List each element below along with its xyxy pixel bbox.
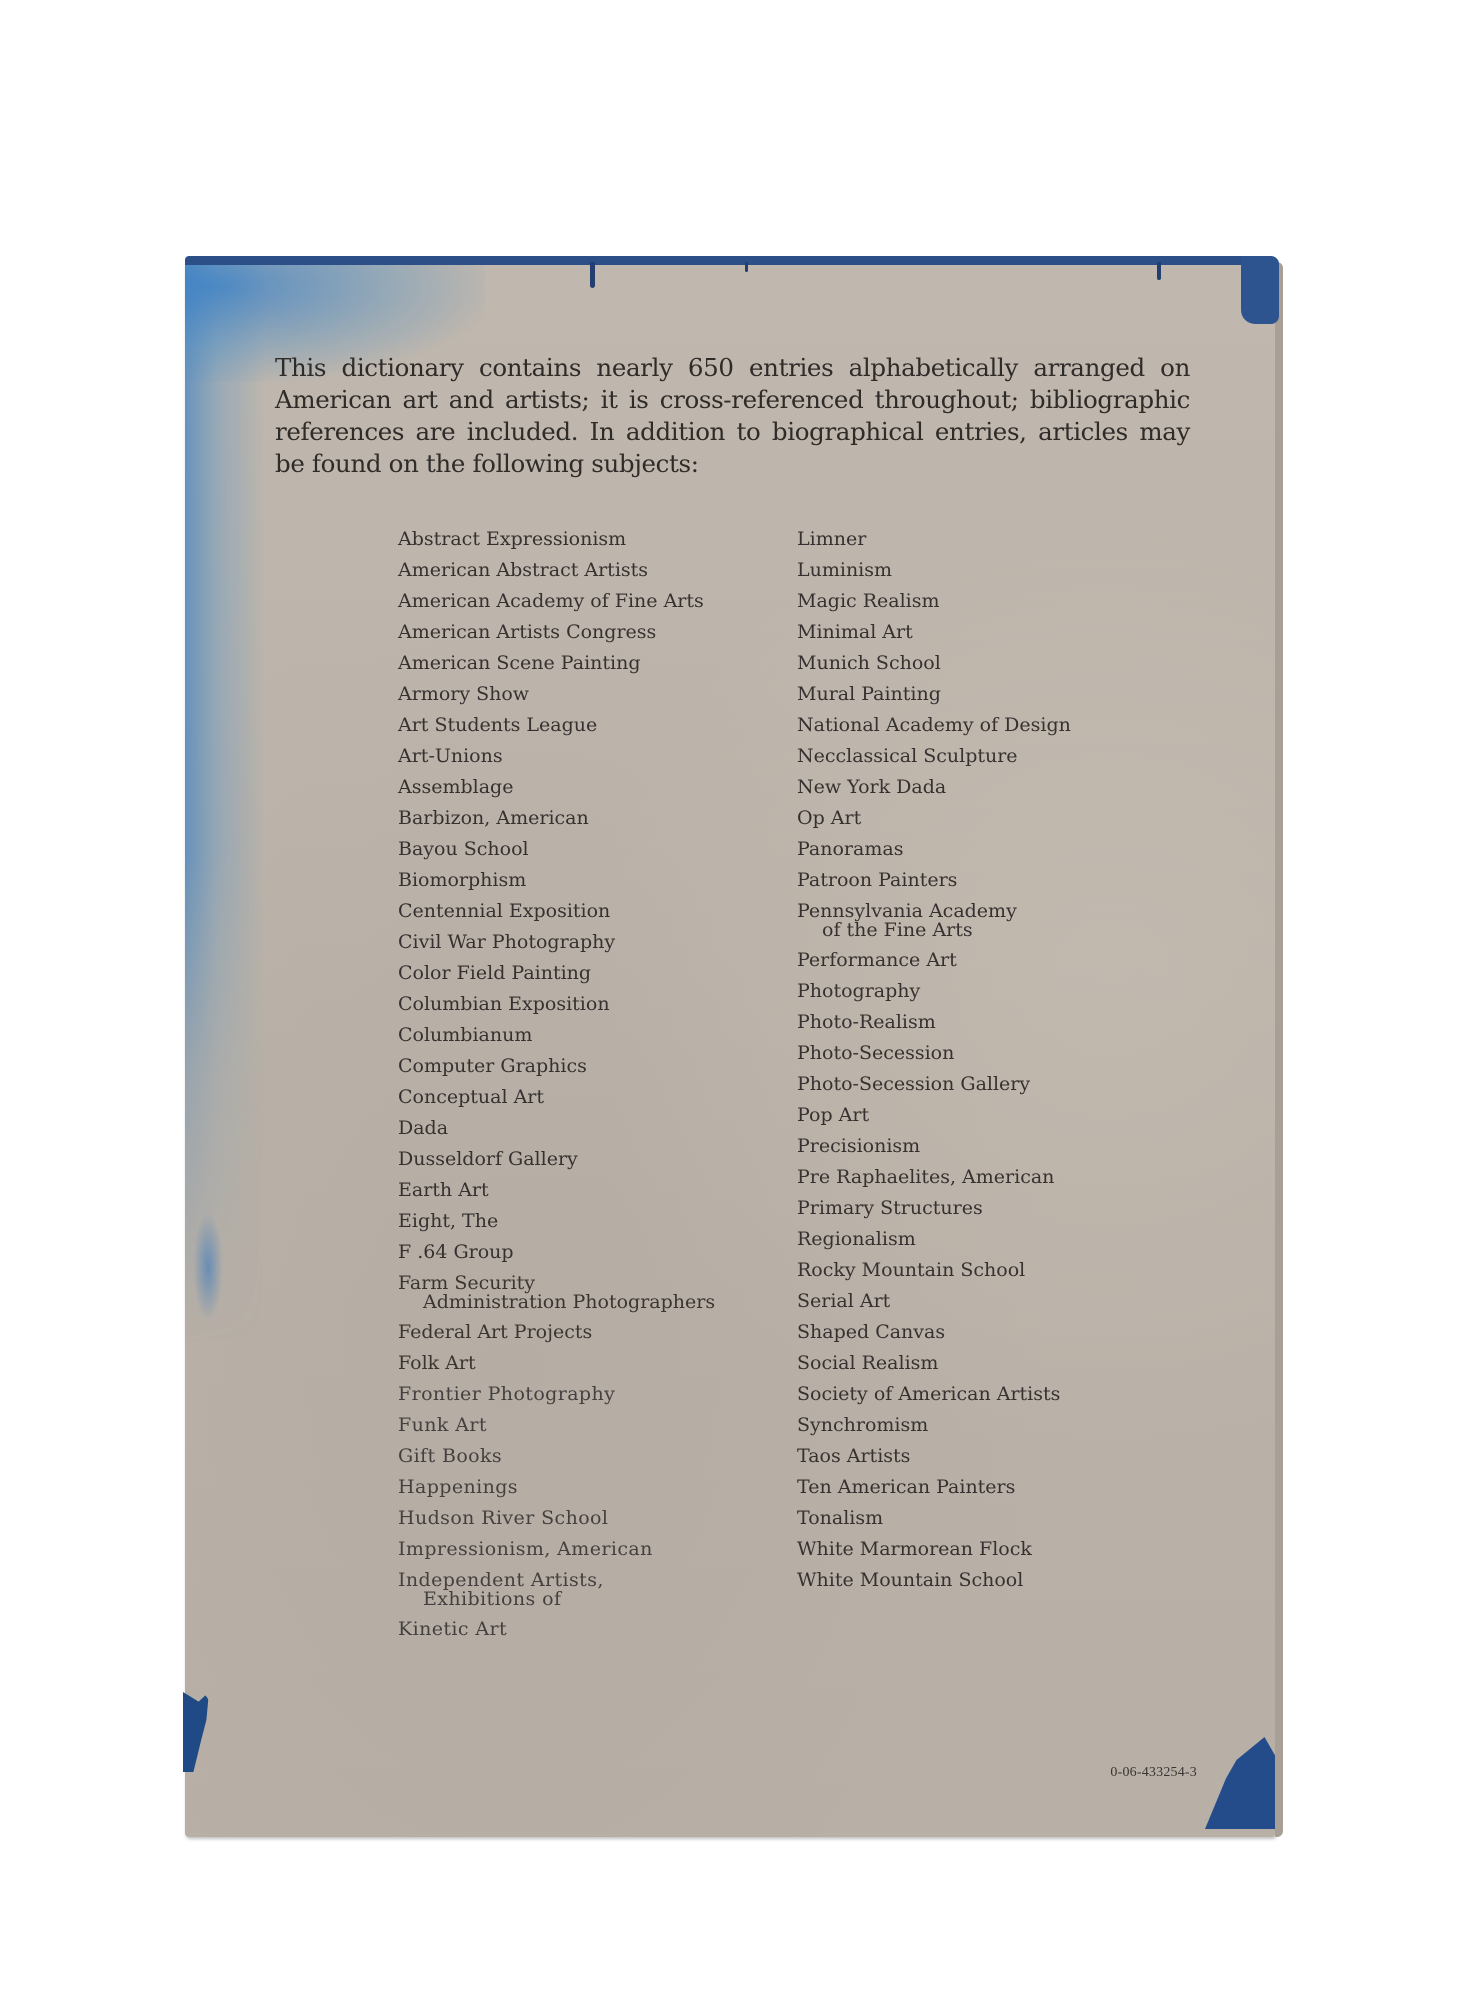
subject-entry: Bayou School: [398, 834, 715, 865]
subject-entry-text: Society of American Artists: [797, 1379, 1071, 1410]
subject-entry-continuation: Administration Photographers: [398, 1291, 715, 1313]
subject-entry: American Academy of Fine Arts: [398, 586, 715, 617]
subject-entry-text: Taos Artists: [797, 1441, 1071, 1472]
subject-entry: Synchromism: [797, 1410, 1071, 1441]
subject-entry: Dusseldorf Gallery: [398, 1144, 715, 1175]
subject-entry-text: F .64 Group: [398, 1237, 715, 1268]
subject-entry: Columbianum: [398, 1020, 715, 1051]
subject-entry-text: Columbian Exposition: [398, 989, 715, 1020]
subject-entry: Necclassical Sculpture: [797, 741, 1071, 772]
subject-entry: Happenings: [398, 1472, 715, 1503]
subject-entry: Serial Art: [797, 1286, 1071, 1317]
subject-entry-text: Op Art: [797, 803, 1071, 834]
subject-entry: Taos Artists: [797, 1441, 1071, 1472]
subject-entry: Shaped Canvas: [797, 1317, 1071, 1348]
subject-entry: Pop Art: [797, 1100, 1071, 1131]
subject-entry: Mural Painting: [797, 679, 1071, 710]
subject-entry: Pennsylvania Academyof the Fine Arts: [797, 896, 1071, 941]
subject-entry: Photo-Secession Gallery: [797, 1069, 1071, 1100]
book-back-cover: This dictionary contains nearly 650 entr…: [185, 262, 1275, 1837]
subject-entry-text: Tonalism: [797, 1503, 1071, 1534]
subject-entry: Social Realism: [797, 1348, 1071, 1379]
cover-tear-mark: [590, 262, 595, 288]
subject-entry-text: Pre Raphaelites, American: [797, 1162, 1071, 1193]
subjects-column-right: LimnerLuminismMagic RealismMinimal ArtMu…: [797, 524, 1071, 1596]
subject-entry: Pre Raphaelites, American: [797, 1162, 1071, 1193]
subject-entry-text: Luminism: [797, 555, 1071, 586]
subject-entry-text: Primary Structures: [797, 1193, 1071, 1224]
subject-entry-text: Centennial Exposition: [398, 896, 715, 927]
subject-entry-text: New York Dada: [797, 772, 1071, 803]
subject-entry-text: Impressionism, American: [398, 1534, 715, 1565]
subject-entry: Independent Artists,Exhibitions of: [398, 1565, 715, 1610]
subject-entry-text: White Marmorean Flock: [797, 1534, 1071, 1565]
subject-entry: American Artists Congress: [398, 617, 715, 648]
subject-entry: F .64 Group: [398, 1237, 715, 1268]
subject-entry: Frontier Photography: [398, 1379, 715, 1410]
subject-entry: Computer Graphics: [398, 1051, 715, 1082]
subject-entry-text: Ten American Painters: [797, 1472, 1071, 1503]
subject-entry-text: White Mountain School: [797, 1565, 1071, 1596]
subject-entry-text: National Academy of Design: [797, 710, 1071, 741]
subject-entry-text: Social Realism: [797, 1348, 1071, 1379]
subject-entry-text: Minimal Art: [797, 617, 1071, 648]
subject-entry: Folk Art: [398, 1348, 715, 1379]
worn-corner-top-right: [1241, 256, 1279, 324]
subject-entry-text: Munich School: [797, 648, 1071, 679]
subject-entry-text: Bayou School: [398, 834, 715, 865]
subject-entry: Gift Books: [398, 1441, 715, 1472]
subject-entry-text: Art Students League: [398, 710, 715, 741]
subject-entry-text: Frontier Photography: [398, 1379, 715, 1410]
subject-entry: Limner: [797, 524, 1071, 555]
cover-tear-mark: [745, 262, 748, 272]
subject-entry-text: Abstract Expressionism: [398, 524, 715, 555]
subject-entry: American Abstract Artists: [398, 555, 715, 586]
subject-entry: Photo-Realism: [797, 1007, 1071, 1038]
subject-entry: Federal Art Projects: [398, 1317, 715, 1348]
subject-entry: Performance Art: [797, 945, 1071, 976]
subject-entry: Assemblage: [398, 772, 715, 803]
subject-entry: Society of American Artists: [797, 1379, 1071, 1410]
subject-entry-text: Federal Art Projects: [398, 1317, 715, 1348]
subject-entry: National Academy of Design: [797, 710, 1071, 741]
blue-cloth-top-edge: [185, 256, 1275, 265]
subject-entry: Op Art: [797, 803, 1071, 834]
isbn: 0-06-433254-3: [1110, 1765, 1197, 1781]
subject-entry: Regionalism: [797, 1224, 1071, 1255]
subject-entry: Kinetic Art: [398, 1614, 715, 1645]
subject-entry-text: Color Field Painting: [398, 958, 715, 989]
subject-entry: American Scene Painting: [398, 648, 715, 679]
subject-entry: Hudson River School: [398, 1503, 715, 1534]
subject-entry-text: Performance Art: [797, 945, 1071, 976]
subject-entry: Funk Art: [398, 1410, 715, 1441]
subject-entry: Art-Unions: [398, 741, 715, 772]
subject-entry-text: Photo-Secession: [797, 1038, 1071, 1069]
subject-entry-text: Rocky Mountain School: [797, 1255, 1071, 1286]
subject-entry-text: Dusseldorf Gallery: [398, 1144, 715, 1175]
subject-entry: Abstract Expressionism: [398, 524, 715, 555]
subject-entry-text: Happenings: [398, 1472, 715, 1503]
subject-entry-text: Armory Show: [398, 679, 715, 710]
subject-entry: Minimal Art: [797, 617, 1071, 648]
subject-entry: Barbizon, American: [398, 803, 715, 834]
subject-entry: Civil War Photography: [398, 927, 715, 958]
worn-corner-bottom-left: [183, 1692, 209, 1772]
subject-entry-text: Eight, The: [398, 1206, 715, 1237]
subject-entry-continuation: of the Fine Arts: [797, 919, 1071, 941]
subject-entry: Precisionism: [797, 1131, 1071, 1162]
subject-entry-text: Patroon Painters: [797, 865, 1071, 896]
subject-entry-continuation: Exhibitions of: [398, 1588, 715, 1610]
subject-entry-text: Shaped Canvas: [797, 1317, 1071, 1348]
subject-entry: Color Field Painting: [398, 958, 715, 989]
subject-entry: Munich School: [797, 648, 1071, 679]
subject-entry-text: Regionalism: [797, 1224, 1071, 1255]
subject-entry: Panoramas: [797, 834, 1071, 865]
subject-entry: Eight, The: [398, 1206, 715, 1237]
subject-entry: Dada: [398, 1113, 715, 1144]
subject-entry: Centennial Exposition: [398, 896, 715, 927]
subject-entry-text: Assemblage: [398, 772, 715, 803]
subject-entry-text: Funk Art: [398, 1410, 715, 1441]
subject-entry: Farm SecurityAdministration Photographer…: [398, 1268, 715, 1313]
subject-entry-text: Civil War Photography: [398, 927, 715, 958]
subject-entry-text: American Artists Congress: [398, 617, 715, 648]
subject-entry-text: Barbizon, American: [398, 803, 715, 834]
subject-entry-text: Mural Painting: [797, 679, 1071, 710]
subject-entry-text: Earth Art: [398, 1175, 715, 1206]
subject-entry: Conceptual Art: [398, 1082, 715, 1113]
subject-entry-text: Magic Realism: [797, 586, 1071, 617]
subject-entry: Ten American Painters: [797, 1472, 1071, 1503]
subject-entry: White Marmorean Flock: [797, 1534, 1071, 1565]
subject-entry: Tonalism: [797, 1503, 1071, 1534]
subject-entry-text: Photo-Realism: [797, 1007, 1071, 1038]
subject-entry: Luminism: [797, 555, 1071, 586]
subject-entry-text: Photo-Secession Gallery: [797, 1069, 1071, 1100]
blue-wear-left-edge: [185, 262, 265, 1342]
subjects-column-left: Abstract ExpressionismAmerican Abstract …: [398, 524, 715, 1645]
page-edge: [1275, 262, 1283, 1837]
subject-entry-text: Art-Unions: [398, 741, 715, 772]
subject-entry: New York Dada: [797, 772, 1071, 803]
subject-entry: Photography: [797, 976, 1071, 1007]
subject-entry-text: Synchromism: [797, 1410, 1071, 1441]
subject-entry: Rocky Mountain School: [797, 1255, 1071, 1286]
blue-wear-spot: [193, 1212, 223, 1322]
subject-entry-text: Folk Art: [398, 1348, 715, 1379]
worn-corner-bottom-right: [1205, 1737, 1275, 1829]
subject-entry-text: Columbianum: [398, 1020, 715, 1051]
subject-entry-text: Pop Art: [797, 1100, 1071, 1131]
subject-entry: Photo-Secession: [797, 1038, 1071, 1069]
intro-paragraph: This dictionary contains nearly 650 entr…: [275, 352, 1190, 480]
subject-entry-text: Precisionism: [797, 1131, 1071, 1162]
subject-entry-text: Panoramas: [797, 834, 1071, 865]
subject-entry: Art Students League: [398, 710, 715, 741]
subject-entry: Biomorphism: [398, 865, 715, 896]
subject-entry: Columbian Exposition: [398, 989, 715, 1020]
subject-entry-text: Biomorphism: [398, 865, 715, 896]
subject-entry: Patroon Painters: [797, 865, 1071, 896]
subject-entry-text: American Abstract Artists: [398, 555, 715, 586]
subject-entry: White Mountain School: [797, 1565, 1071, 1596]
subject-entry-text: Hudson River School: [398, 1503, 715, 1534]
subject-entry: Armory Show: [398, 679, 715, 710]
subject-entry-text: Dada: [398, 1113, 715, 1144]
subject-entry-text: Gift Books: [398, 1441, 715, 1472]
cover-tear-mark: [1157, 262, 1161, 280]
subject-entry-text: Serial Art: [797, 1286, 1071, 1317]
subject-entry-text: Conceptual Art: [398, 1082, 715, 1113]
subject-entry-text: Computer Graphics: [398, 1051, 715, 1082]
subject-entry: Primary Structures: [797, 1193, 1071, 1224]
subject-entry-text: Limner: [797, 524, 1071, 555]
subject-entry: Earth Art: [398, 1175, 715, 1206]
subject-entry-text: Necclassical Sculpture: [797, 741, 1071, 772]
subject-entry-text: Photography: [797, 976, 1071, 1007]
subject-entry: Magic Realism: [797, 586, 1071, 617]
subject-entry: Impressionism, American: [398, 1534, 715, 1565]
subject-entry-text: American Scene Painting: [398, 648, 715, 679]
subject-entry-text: Kinetic Art: [398, 1614, 715, 1645]
subject-entry-text: American Academy of Fine Arts: [398, 586, 715, 617]
